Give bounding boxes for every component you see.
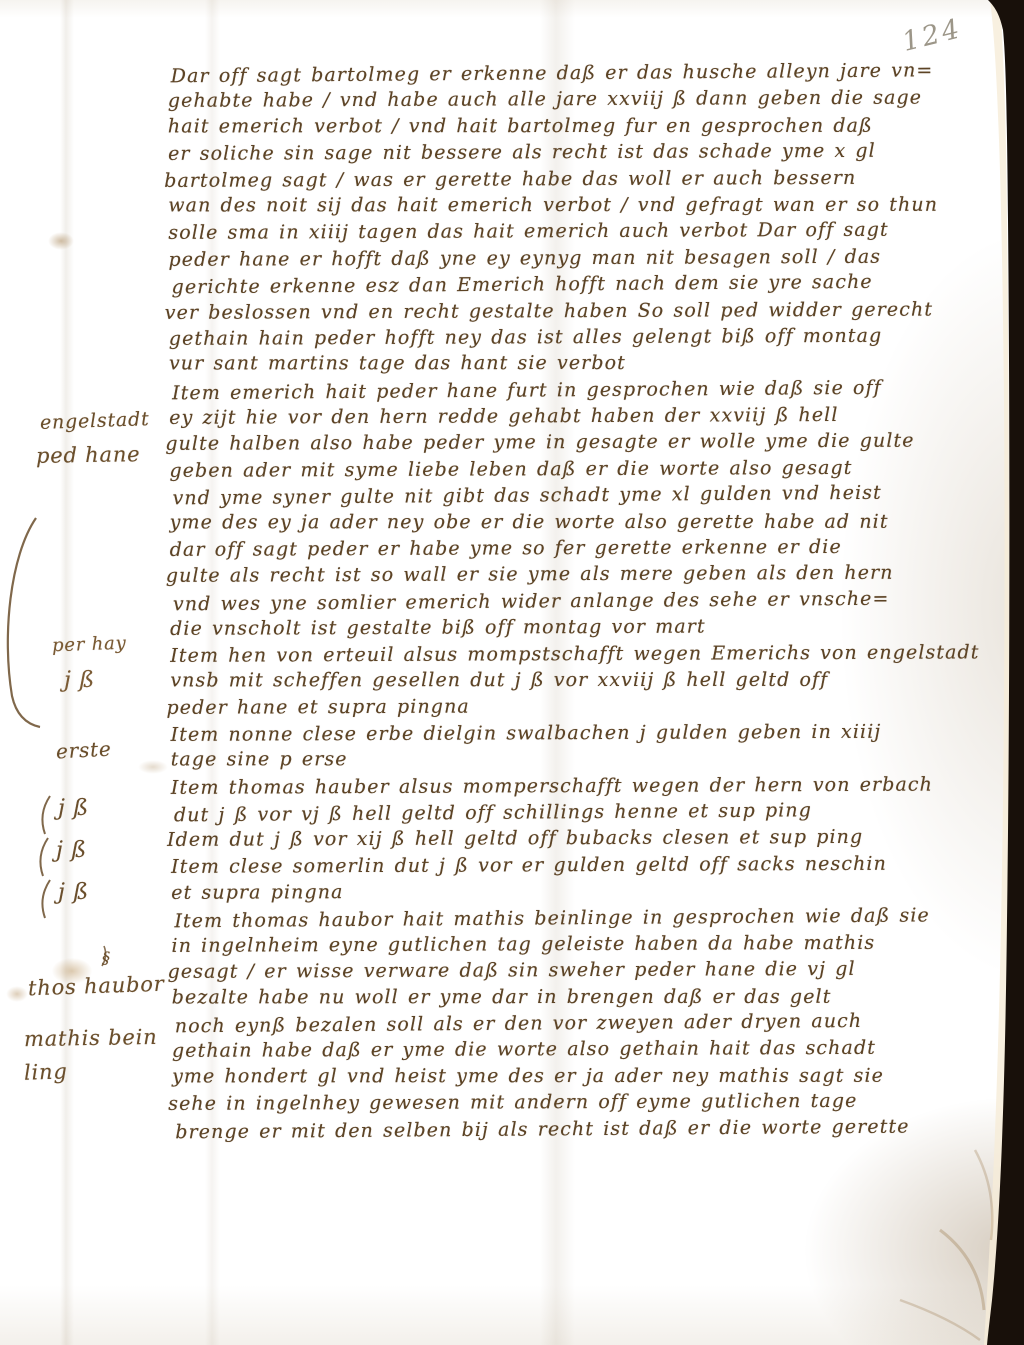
manuscript-line: gulte halben also habe peder yme in gesa…	[165, 428, 1013, 458]
manuscript-line: die vnscholt ist gestalte biß off montag…	[170, 612, 1018, 642]
crumple-line	[900, 1300, 980, 1340]
manuscript-line: gehabte habe / vnd habe auch alle jare x…	[168, 85, 1016, 115]
margin-note-ped-hane: ped hane	[36, 442, 141, 468]
margin-bracket	[8, 518, 40, 727]
manuscript-scan: { "page": { "number": "124" }, "manuscri…	[0, 0, 1024, 1345]
manuscript-line: peder hane et supra pingna	[166, 692, 1014, 722]
manuscript-line: Item hen von erteuil alsus mompstschafft…	[170, 639, 1018, 669]
margin-amount: j ß	[58, 796, 89, 821]
manuscript-line: gethain habe daß er yme die worte also g…	[172, 1035, 1020, 1065]
margin-note-erste: erste	[55, 737, 112, 764]
manuscript-line: gethain hain peder hofft ney das ist all…	[169, 322, 1017, 352]
manuscript-line: solle sma in xiiij tagen das hait emeric…	[168, 216, 1016, 246]
margin-section-mark: §	[102, 948, 111, 967]
manuscript-line: ey zijt hie vor den hern redde gehabt ha…	[169, 401, 1017, 431]
manuscript-line: yme des ey ja ader ney obe er die worte …	[170, 508, 1018, 535]
margin-note-engelstadt: engelstadt	[40, 408, 150, 434]
manuscript-line: vnsb mit scheffen gesellen dut j ß vor x…	[170, 667, 1018, 694]
manuscript-line: dar off sagt peder er habe yme so fer ge…	[170, 533, 1018, 563]
margin-amount: j ß	[56, 838, 87, 863]
margin-note-thos-haubor: thos haubor	[28, 972, 165, 1001]
margin-paren	[42, 796, 50, 834]
manuscript-line: vur sant martins tage das hant sie verbo…	[169, 350, 1017, 377]
ink-stain	[6, 986, 28, 1002]
manuscript-text-block: Dar off sagt bartolmeg er erkenne daß er…	[168, 58, 1021, 1144]
manuscript-line: hait emerich verbot / vnd hait bartolmeg…	[168, 112, 1016, 139]
margin-note-ling: ling	[24, 1059, 68, 1085]
manuscript-line: bezalte habe nu woll er yme dar in breng…	[172, 983, 1020, 1010]
manuscript-line: tage sine p erse	[171, 746, 1019, 773]
manuscript-line: yme hondert gl vnd heist yme des er ja a…	[172, 1062, 1020, 1089]
manuscript-line: Item nonne clese erbe dielgin swalbachen…	[171, 718, 1019, 748]
margin-paren	[42, 880, 50, 918]
manuscript-line: wan des noit sij das hait emerich verbot…	[168, 192, 1016, 219]
manuscript-line: gesagt / er wisse verware daß sin sweher…	[168, 955, 1016, 985]
manuscript-line: bartolmeg sagt / was er gerette habe das…	[164, 164, 1012, 194]
manuscript-line: er soliche sin sage nit bessere als rech…	[168, 137, 1016, 167]
margin-paren	[40, 838, 48, 876]
margin-note-per-hay: per hay	[52, 633, 127, 657]
margin-amount: j ß	[64, 668, 95, 693]
crumple-line	[940, 1230, 984, 1310]
manuscript-line: brenge er mit den selben bij als recht i…	[175, 1112, 1023, 1145]
manuscript-line: Idem dut j ß vor xij ß hell geltd off bu…	[167, 823, 1015, 853]
margin-amount: j ß	[58, 880, 89, 905]
ink-stain	[138, 760, 168, 774]
manuscript-line: vnd yme syner gulte nit gibt das schadt …	[172, 479, 1020, 512]
margin-note-mathis-bein: mathis bein	[24, 1025, 158, 1051]
ink-stain	[48, 232, 74, 250]
manuscript-line: ver beslossen vnd en recht gestalte habe…	[165, 296, 1013, 326]
crumple-line	[975, 1150, 992, 1240]
folio-number: 124	[899, 13, 965, 58]
manuscript-line: Item clese somerlin dut j ß vor er gulde…	[171, 850, 1019, 880]
